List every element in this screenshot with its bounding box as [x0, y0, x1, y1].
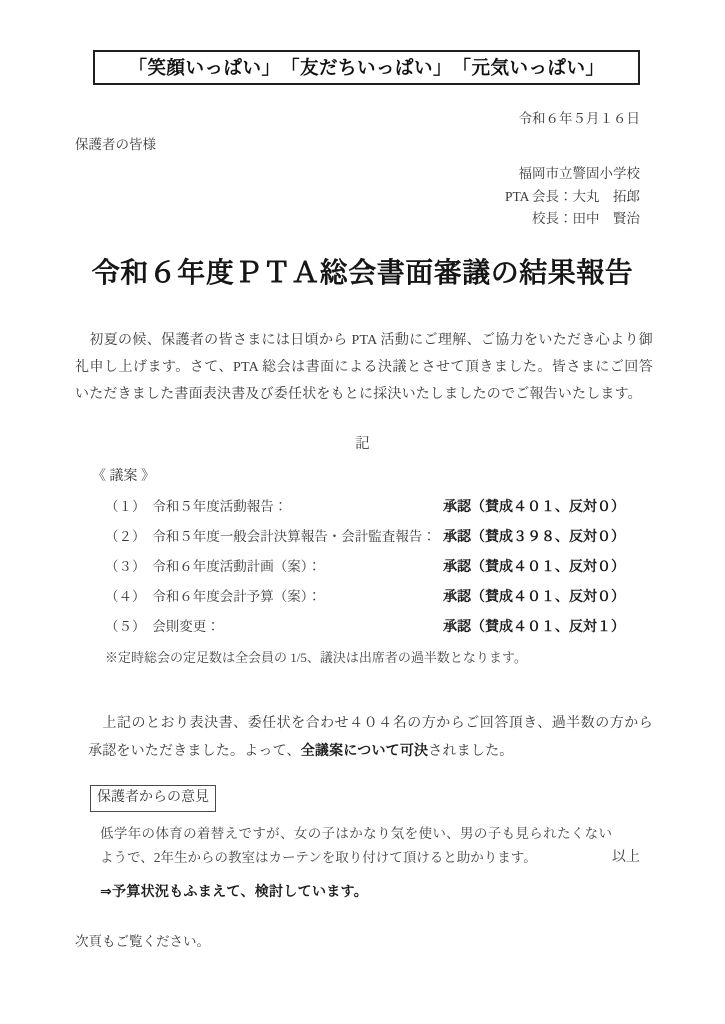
agenda-item-label: （４） 令和６年度会計予算（案）：	[105, 582, 321, 612]
intro-paragraph: 初夏の候、保護者の皆さまには日頃から PTA 活動にご理解、ご協力をいただき心よ…	[75, 327, 653, 408]
date-line: 令和６年５月１６日	[0, 109, 640, 129]
slogan-text: 「笑顔いっぱい」 「友だちいっぱい」 「元気いっぱい」	[128, 57, 604, 78]
sender-school: 福岡市立警固小学校	[0, 163, 640, 186]
agenda-item-result: 承認（賛成３９８、反対０）	[443, 521, 625, 551]
agenda-list: （１） 令和５年度活動報告： 承認（賛成４０１、反対０） （２） 令和５年度一般…	[0, 491, 725, 641]
opinion-text: 低学年の体育の着替えですが、女の子はかなり気を使い、男の子も見られたくないようで…	[100, 822, 612, 871]
opinion-row: 低学年の体育の着替えですが、女の子はかなり気を使い、男の子も見られたくないようで…	[100, 822, 640, 871]
closing-mark: 以上	[612, 846, 640, 871]
footer-note: 次頁もご覧ください。	[75, 932, 725, 952]
agenda-heading: 《 議案 》	[92, 467, 725, 487]
quorum-note: ※定時総会の定足数は全会員の 1/5、議決は出席者の過半数となります。	[105, 648, 725, 668]
record-mark: 記	[0, 434, 725, 454]
agenda-item-result: 承認（賛成４０１、反対１）	[443, 611, 625, 641]
agenda-item-2: （２） 令和５年度一般会計決算報告・会計監査報告： 承認（賛成３９８、反対０）	[105, 521, 625, 551]
agenda-item-result: 承認（賛成４０１、反対０）	[443, 551, 625, 581]
sender-pta-chair: PTA 会長：大丸 拓郎	[0, 186, 640, 209]
addressee: 保護者の皆様	[75, 135, 725, 155]
result-paragraph: 上記のとおり表決書、委任状を合わせ４０４名の方からご回答頂き、過半数の方から承認…	[88, 710, 653, 765]
document-page: 「笑顔いっぱい」 「友だちいっぱい」 「元気いっぱい」 令和６年５月１６日 保護…	[0, 0, 725, 1024]
result-text-after: されました。	[428, 744, 513, 759]
agenda-item-3: （３） 令和６年度活動計画（案）： 承認（賛成４０１、反対０）	[105, 551, 625, 581]
sender-principal: 校長：田中 賢治	[0, 208, 640, 231]
agenda-item-5: （５） 会則変更： 承認（賛成４０１、反対１）	[105, 611, 625, 641]
agenda-item-result: 承認（賛成４０１、反対０）	[443, 491, 625, 521]
result-text-bold: 全議案について可決	[301, 742, 429, 758]
agenda-item-label: （５） 会則変更：	[105, 612, 220, 642]
agenda-item-label: （２） 令和５年度一般会計決算報告・会計監査報告：	[105, 522, 436, 552]
agenda-item-result: 承認（賛成４０１、反対０）	[443, 581, 625, 611]
agenda-item-label: （３） 令和６年度活動計画（案）：	[105, 552, 321, 582]
sender-block: 福岡市立警固小学校 PTA 会長：大丸 拓郎 校長：田中 賢治	[0, 163, 640, 231]
agenda-item-1: （１） 令和５年度活動報告： 承認（賛成４０１、反対０）	[105, 491, 625, 521]
slogan-banner: 「笑顔いっぱい」 「友だちいっぱい」 「元気いっぱい」	[93, 50, 640, 85]
page-title: 令和６年度ＰＴＡ総会書面審議の結果報告	[0, 253, 725, 293]
agenda-item-4: （４） 令和６年度会計予算（案）： 承認（賛成４０１、反対０）	[105, 581, 625, 611]
agenda-item-label: （１） 令和５年度活動報告：	[105, 492, 287, 522]
opinion-box-label: 保護者からの意見	[90, 785, 216, 812]
response-line: ⇒予算状況もふまえて、検討しています。	[100, 880, 725, 902]
